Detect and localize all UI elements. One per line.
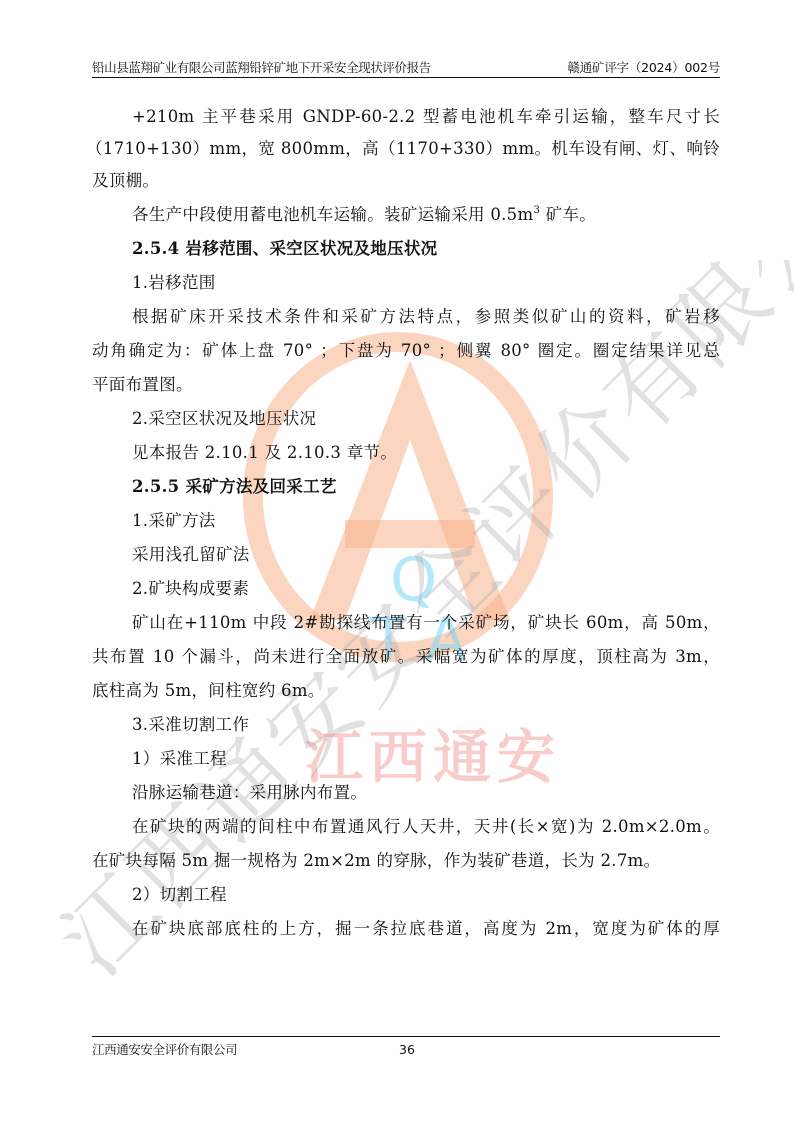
paragraph-line: 在矿块的两端的间柱中布置通风行人天井，天井(长×宽)为 2.0m×2.0m。 (132, 812, 720, 842)
subsection-title: 2.矿块构成要素 (132, 574, 249, 604)
paragraph-line: 沿脉运输巷道：采用脉内布置。 (132, 778, 367, 808)
document-page: Q T A 江西通安安全评价有限公司 江西通安 铅山县蓝翔矿业有限公司蓝翔铅锌矿… (0, 0, 794, 1122)
report-number: 赣通矿评字（2024）002号 (567, 58, 720, 76)
paragraph-line: 采用浅孔留矿法 (132, 540, 250, 570)
page-header: 铅山县蓝翔矿业有限公司蓝翔铅锌矿地下开采安全现状评价报告 赣通矿评字（2024）… (92, 56, 720, 78)
subsection-title: 2.采空区状况及地压状况 (132, 404, 316, 434)
subsection-title: 1.采矿方法 (132, 506, 216, 536)
paragraph-line: 在矿块每隔 5m 掘一规格为 2m×2m 的穿脉，作为装矿巷道，长为 2.7m。 (92, 846, 660, 876)
paragraph-line: +210m 主平巷采用 GNDP-60-2.2 型蓄电池机车牵引运输，整车尺寸长 (132, 102, 720, 132)
paragraph-line: 共布置 10 个漏斗，尚未进行全面放矿。采幅宽为矿体的厚度，顶柱高为 3m， (92, 642, 720, 672)
paragraph-line: （1710+130）mm，宽 800mm，高（1170+330）mm。机车设有闸… (86, 134, 720, 164)
page-number: 36 (399, 1042, 415, 1057)
paragraph-line: 根据矿床开采技术条件和采矿方法特点，参照类似矿山的资料，矿岩移 (132, 302, 720, 332)
paragraph-line: 见本报告 2.10.1 及 2.10.3 章节。 (132, 438, 397, 468)
paragraph-line: 平面布置图。 (92, 370, 193, 400)
paragraph-line: 底柱高为 5m，间柱宽约 6m。 (92, 676, 325, 706)
subsection-title: 2）切割工程 (132, 880, 227, 910)
paragraph-line: 及顶棚。 (92, 166, 159, 196)
subsection-title: 1.岩移范围 (132, 268, 216, 298)
footer-divider (92, 1036, 720, 1037)
paragraph-line: 在矿块底部底柱的上方，掘一条拉底巷道，高度为 2m，宽度为矿体的厚 (132, 914, 720, 944)
page-footer: 江西通安安全评价有限公司 36 (92, 1040, 720, 1060)
header-divider (92, 77, 720, 78)
section-heading-2-5-4: 2.5.4 岩移范围、采空区状况及地压状况 (132, 234, 437, 264)
report-title: 铅山县蓝翔矿业有限公司蓝翔铅锌矿地下开采安全现状评价报告 (92, 58, 431, 76)
paragraph-line: 动角确定为：矿体上盘 70° ；下盘为 70° ；侧翼 80° 圈定。圈定结果详… (92, 336, 720, 366)
paragraph-transport: 各生产中段使用蓄电池机车运输。装矿运输采用 0.5m3 矿车。 (132, 200, 596, 230)
footer-company: 江西通安安全评价有限公司 (92, 1040, 237, 1058)
section-heading-2-5-5: 2.5.5 采矿方法及回采工艺 (132, 472, 337, 502)
subsection-title: 3.采准切割工作 (132, 710, 249, 740)
paragraph-line: 矿山在+110m 中段 2#勘探线布置有一个采矿场，矿块长 60m，高 50m， (132, 608, 720, 638)
subsection-title: 1）采准工程 (132, 744, 227, 774)
